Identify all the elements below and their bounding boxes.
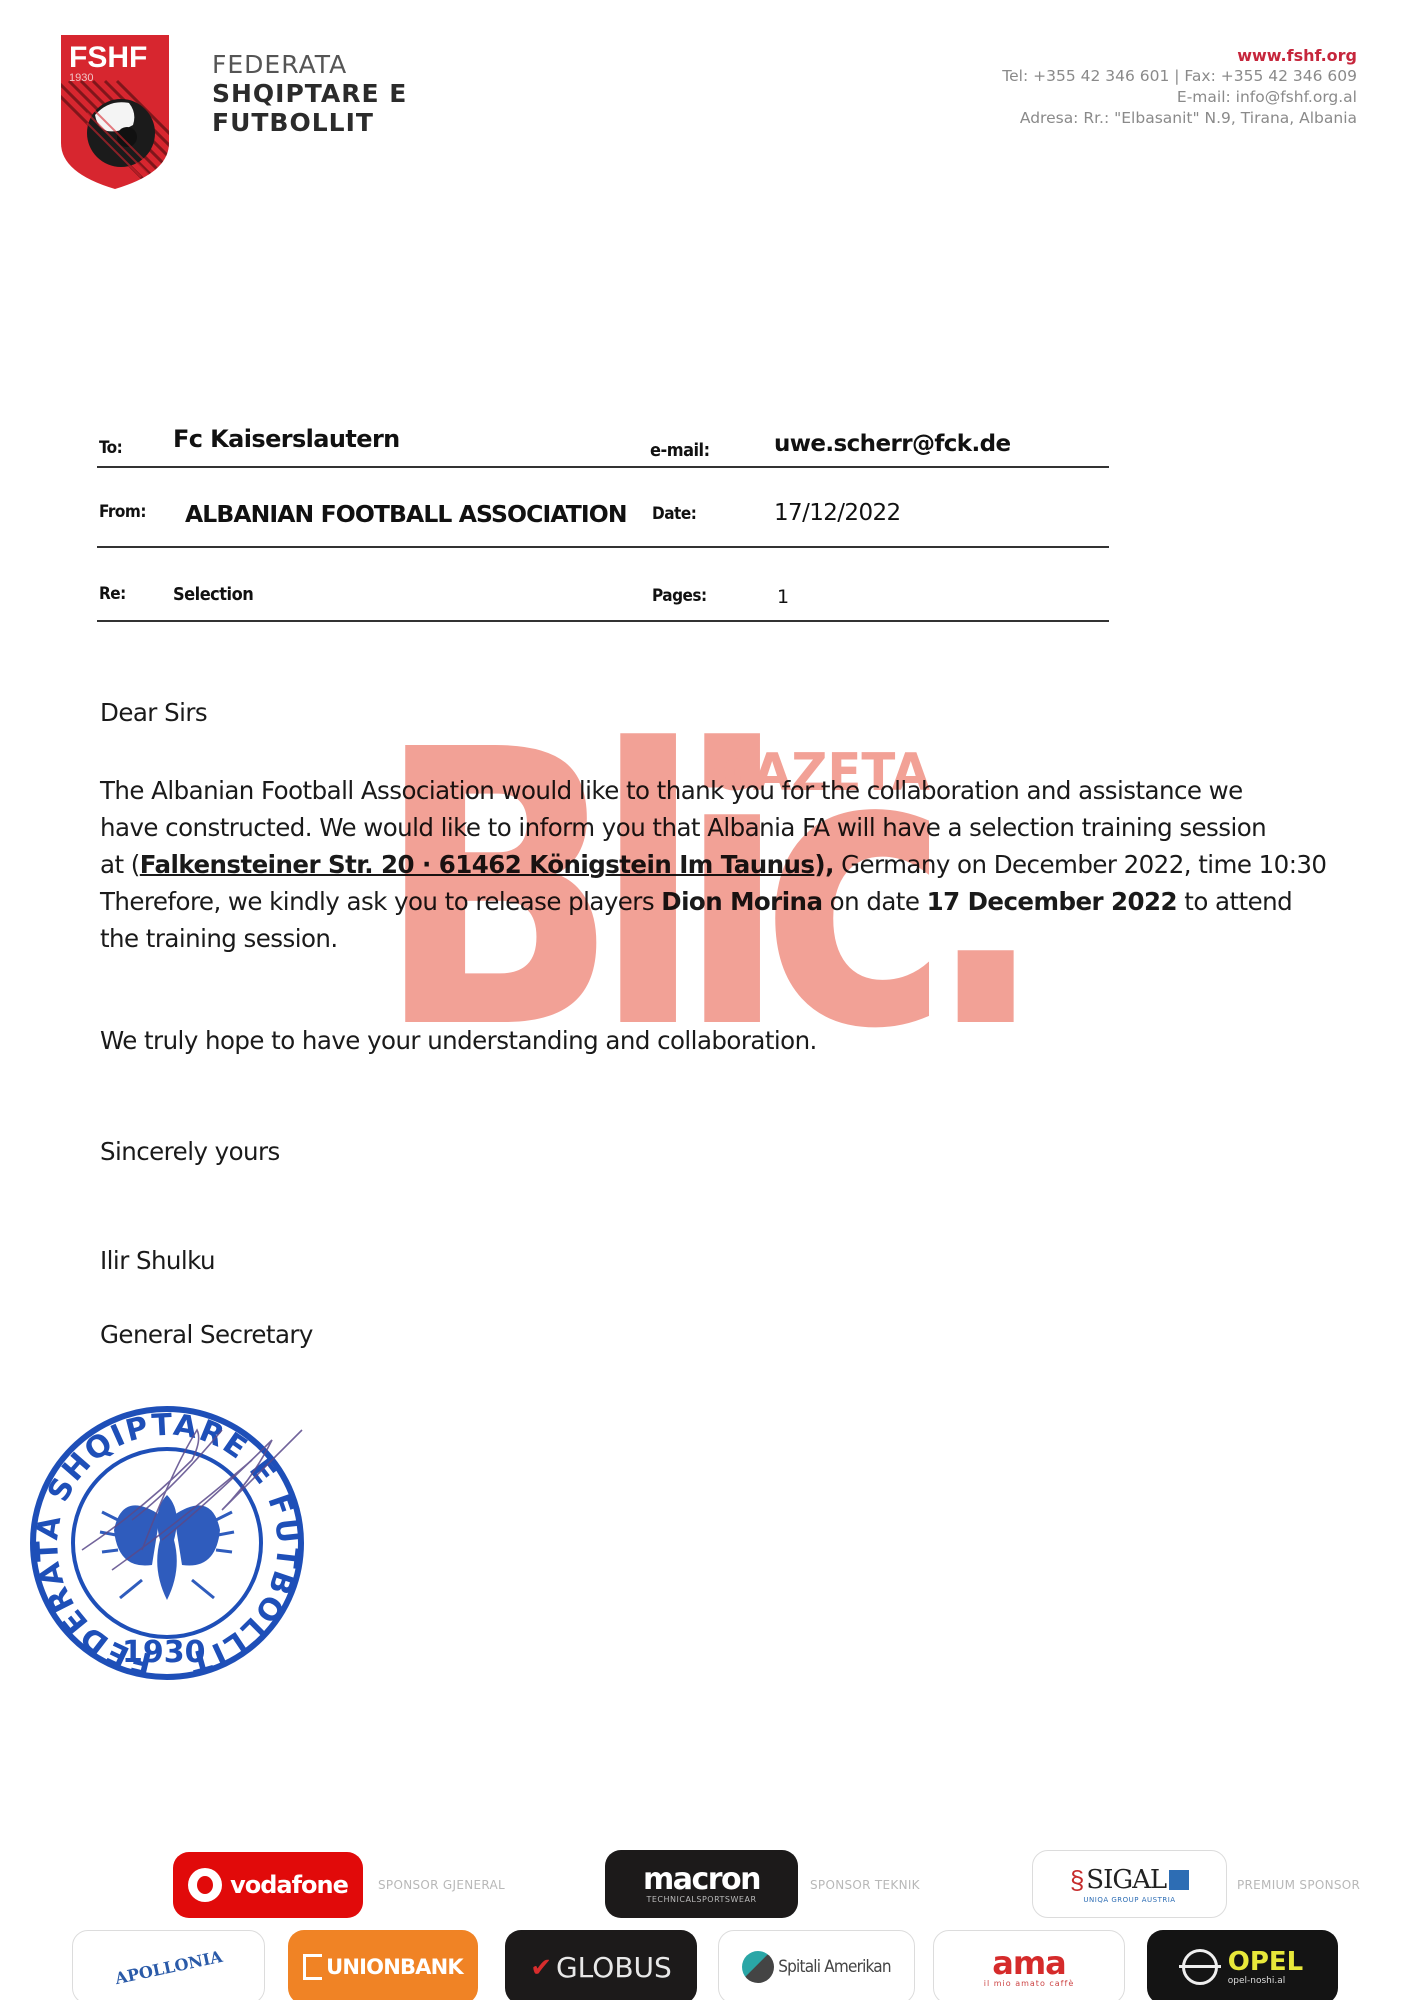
date-value: 17/12/2022 [774, 500, 901, 526]
sponsor-vodafone[interactable]: vodafone [173, 1852, 363, 1918]
sponsor-unionbank[interactable]: UNIONBANK [288, 1930, 478, 2000]
svg-text:FSHF: FSHF [69, 41, 147, 74]
org-name-line-3: FUTBOLLIT [212, 108, 407, 137]
website-link[interactable]: www.fshf.org [1002, 45, 1357, 66]
line3-close: ), [814, 850, 833, 879]
uniqa-square-icon [1169, 1870, 1189, 1890]
sigal-wordmark: SIGAL [1086, 1865, 1166, 1895]
hope-sentence: We truly hope to have your understanding… [100, 1026, 817, 1055]
memo-row-to: To: Fc Kaiserslautern e-mail: uwe.scherr… [97, 418, 1109, 468]
re-value: Selection [173, 584, 253, 605]
macron-tagline: TECHNICALSPORTSWEAR [646, 1895, 756, 1904]
line4-prefix: Therefore, we kindly ask you to release … [100, 887, 661, 916]
address: Adresa: Rr.: "Elbasanit" N.9, Tirana, Al… [1002, 108, 1357, 129]
sponsor-caption-general: SPONSOR GJENERAL [378, 1878, 505, 1892]
pages-label: Pages: [652, 586, 707, 606]
paragraph-line-5: the training session. [100, 920, 1326, 957]
opel-tagline: opel-noshi.al [1228, 1976, 1286, 1986]
apollonia-wordmark: APOLLONIA [113, 1946, 224, 1987]
paragraph-line-4: Therefore, we kindly ask you to release … [100, 883, 1326, 920]
spitali-wordmark: Spitali Amerikan [778, 1957, 891, 1977]
sponsor-opel[interactable]: OPEL opel-noshi.al [1147, 1930, 1338, 2000]
globus-check-icon: ✔ [530, 1952, 552, 1983]
memo-header: To: Fc Kaiserslautern e-mail: uwe.scherr… [97, 418, 1109, 622]
player-name: Dion Morina [661, 887, 822, 916]
org-name: FEDERATA SHQIPTARE E FUTBOLLIT [212, 50, 407, 137]
re-label: Re: [99, 584, 126, 604]
from-value: ALBANIAN FOOTBALL ASSOCIATION [185, 500, 627, 528]
sponsor-caption-technical: SPONSOR TEKNIK [810, 1878, 920, 1892]
sponsor-spitali-amerikan[interactable]: Spitali Amerikan [718, 1930, 915, 2000]
to-label: To: [99, 438, 122, 458]
svg-text:1930: 1930 [122, 1635, 206, 1670]
unionbank-mark-icon [303, 1954, 322, 1980]
to-value: Fc Kaiserslautern [173, 425, 400, 453]
opel-blitz-icon [1182, 1949, 1218, 1985]
signer-title: General Secretary [100, 1320, 313, 1349]
org-name-line-1: FEDERATA [212, 50, 407, 79]
signer-name: Ilir Shulku [100, 1246, 215, 1275]
from-label: From: [99, 502, 146, 522]
memo-row-from: From: ALBANIAN FOOTBALL ASSOCIATION Date… [97, 468, 1109, 548]
sponsor-caption-premium: PREMIUM SPONSOR [1237, 1878, 1360, 1892]
official-stamp: FEDERATA SHQIPTARE E FUTBOLLIT 1930 [22, 1400, 332, 1690]
email-label: e-mail: [650, 440, 710, 461]
line4-middle: on date [822, 887, 926, 916]
paragraph-line-1: The Albanian Football Association would … [100, 772, 1326, 809]
vodafone-speechmark-icon [188, 1868, 222, 1902]
sponsor-macron[interactable]: macron TECHNICALSPORTSWEAR [605, 1850, 798, 1918]
contact-email[interactable]: E-mail: info@fshf.org.al [1002, 87, 1357, 108]
spitali-globe-icon [742, 1951, 774, 1983]
vodafone-wordmark: vodafone [230, 1871, 348, 1899]
phone-fax: Tel: +355 42 346 601 | Fax: +355 42 346 … [1002, 66, 1357, 87]
paragraph-line-3: at (Falkensteiner Str. 20 · 61462 Königs… [100, 846, 1326, 883]
paragraph-line-2: have constructed. We would like to infor… [100, 809, 1326, 846]
memo-row-re: Re: Selection Pages: 1 [97, 548, 1109, 622]
sponsor-sigal[interactable]: § SIGAL UNIQA GROUP AUSTRIA [1032, 1850, 1227, 1918]
opel-wordmark: OPEL [1228, 1948, 1304, 1976]
org-name-line-2: SHQIPTARE E [212, 79, 407, 108]
sponsor-globus[interactable]: ✔ GLOBUS [505, 1930, 697, 2000]
ama-tagline: il mio amato caffè [984, 1979, 1074, 1988]
venue-address: Falkensteiner Str. 20 · 61462 Königstein… [140, 850, 815, 879]
line3-prefix: at ( [100, 850, 140, 879]
ama-wordmark: ama [992, 1947, 1066, 1979]
sigal-tagline: UNIQA GROUP AUSTRIA [1083, 1896, 1175, 1904]
date-label: Date: [652, 504, 696, 524]
svg-text:1930: 1930 [69, 72, 93, 84]
sigal-flame-icon: § [1070, 1865, 1084, 1896]
unionbank-wordmark: UNIONBANK [326, 1955, 463, 1979]
fshf-crest-logo: FSHF 1930 [59, 33, 171, 191]
contact-block: www.fshf.org Tel: +355 42 346 601 | Fax:… [1002, 45, 1357, 129]
letter-paragraph: The Albanian Football Association would … [100, 772, 1326, 957]
sponsor-apollonia[interactable]: APOLLONIA [72, 1930, 265, 2000]
release-date: 17 December 2022 [927, 887, 1177, 916]
email-value[interactable]: uwe.scherr@fck.de [774, 431, 1010, 457]
closing: Sincerely yours [100, 1137, 280, 1166]
sponsor-ama[interactable]: ama il mio amato caffè [933, 1930, 1125, 2000]
macron-wordmark: macron [643, 1865, 760, 1895]
line3-suffix: Germany on December 2022, time 10:30 [834, 850, 1327, 879]
line4-suffix: to attend [1177, 887, 1292, 916]
globus-wordmark: GLOBUS [556, 1951, 672, 1984]
pages-value: 1 [777, 586, 789, 608]
salutation: Dear Sirs [100, 698, 207, 727]
